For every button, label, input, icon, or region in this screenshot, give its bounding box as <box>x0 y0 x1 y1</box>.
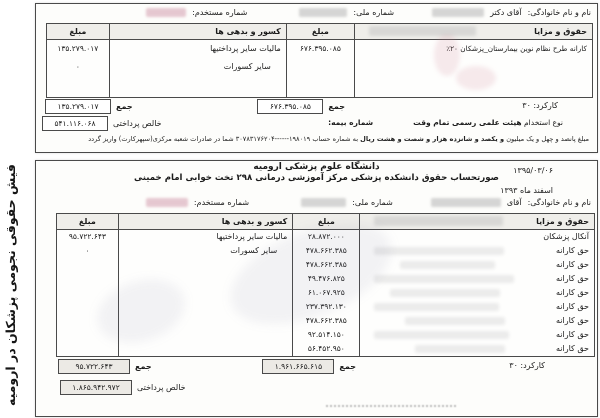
table-header-row: مبلغ کسور و بدهی ها مبلغ حقوق و مزایا <box>47 24 592 40</box>
earnings-label: حق کارانه <box>360 342 589 356</box>
redaction-smudge <box>374 247 504 255</box>
redaction-smudge <box>374 331 509 339</box>
earnings-amount: ۴۷۸.۶۶۲.۳۸۵ <box>293 314 359 328</box>
redacted-employee-no <box>146 198 188 207</box>
deduction-labels-col: مالیات سایر پرداختیها سایر کسورات <box>119 230 294 356</box>
name-value: آقای دکتر <box>490 8 522 17</box>
redacted-employee-no <box>146 8 186 17</box>
earnings-label: حق کارانه <box>360 314 589 328</box>
deposit-note-part4: شما در صادرات شعبه مرکزی(سپهرکارت) واریز… <box>88 135 233 143</box>
workdays: کارکرد: ۳۰ <box>522 101 558 110</box>
redaction-smudge <box>400 261 495 269</box>
redaction-smudge <box>390 289 500 297</box>
earnings-amount: ۴۷۸.۶۶۲.۳۸۵ <box>293 258 359 272</box>
account-number: ۳۰۷۸۳۱۷۶۲۰۴------۱۹۸۰۱۹ <box>236 135 310 143</box>
employee-no-label: شماره مستخدم: <box>194 198 249 207</box>
payslip-bottom: دانشگاه علوم پزشکی ارومیه صورتحساب حقوق … <box>35 160 598 417</box>
net-pay-group: خالص پرداختی ۵۴۱.۱۱۶.۰۶۸ <box>42 116 162 131</box>
header-earnings-amount: مبلغ <box>287 24 355 39</box>
earnings-label: حق کارانه <box>360 286 589 300</box>
insurance-label: شماره بیمه: <box>328 118 373 127</box>
deductions-total-box: ۱۳۵.۲۷۹.۰۱۷ <box>45 99 111 114</box>
earnings-amount: ۲۸.۸۷۲.۰۰۰ <box>293 230 359 244</box>
employment-row: نوع استخدام هیئت علمی رسمی تمام وقت شمار… <box>328 118 563 127</box>
name-value: آقای <box>507 198 522 207</box>
scan-artifact <box>326 401 456 407</box>
deduction-amount: ۰ <box>47 58 109 76</box>
redaction-smudge <box>369 26 476 36</box>
earnings-total-box: ۱.۹۶۱.۶۶۵.۶۱۵ <box>262 359 334 374</box>
table-body: ۱۳۵.۲۷۹.۰۱۷ ۰ مالیات سایر پرداختیها سایر… <box>47 40 592 97</box>
earnings-label-text: حق کارانه <box>556 246 589 255</box>
earnings-label-text: حق کارانه <box>556 330 589 339</box>
earnings-amount: ۲۳۷.۳۹۲.۱۳۰ <box>293 300 359 314</box>
header-earnings-amount: مبلغ <box>293 214 360 229</box>
earnings-label-text: حق کارانه <box>556 274 589 283</box>
total-label: جمع <box>116 102 133 111</box>
earnings-labels-col: آنکال پزشکان حق کارانه حق کارانه حق کارا… <box>360 230 594 356</box>
scanned-payslip-photo: { "photo": { "vertical_caption": "فیش حق… <box>0 0 600 418</box>
total-label: جمع <box>328 102 345 111</box>
redacted-name <box>432 8 484 17</box>
national-id-label: شماره ملی: <box>353 8 394 17</box>
deduction-label: مالیات سایر پرداختیها <box>110 40 281 58</box>
identity-row: نام و نام خانوادگی: آقای شماره ملی: شمار… <box>146 198 591 207</box>
identity-row: نام و نام خانوادگی: آقای دکتر شماره ملی:… <box>146 8 591 17</box>
earnings-label-text: حق کارانه <box>556 344 589 353</box>
payslip-top: نام و نام خانوادگی: آقای دکتر شماره ملی:… <box>35 3 598 153</box>
earnings-label: کارانه طرح نظام نوین بیمارستان_پزشکان ۲۰… <box>355 40 587 58</box>
deduction-amounts-col: ۹۵.۷۲۲.۶۴۳ ۰ <box>57 230 119 356</box>
header-earnings-text: حقوق و مزایا <box>536 217 589 226</box>
header-deductions-amount: مبلغ <box>57 214 119 229</box>
workdays: کارکرد: ۳۰ <box>509 361 545 370</box>
earnings-label: حق کارانه <box>360 272 589 286</box>
deductions-total-box: ۹۵.۷۲۲.۶۴۳ <box>58 359 130 374</box>
total-label: جمع <box>135 362 152 371</box>
earnings-label: آنکال پزشکان <box>360 230 589 244</box>
deduction-amount: ۱۳۵.۲۷۹.۰۱۷ <box>47 40 109 58</box>
total-label: جمع <box>339 362 356 371</box>
earnings-amounts-col: ۶۷۶.۳۹۵.۰۸۵ <box>287 40 355 97</box>
earnings-amount: ۵۶.۴۵۲.۹۵۰ <box>293 342 359 356</box>
deductions-total-group: جمع ۹۵.۷۲۲.۶۴۳ <box>58 359 152 374</box>
earnings-labels-col: کارانه طرح نظام نوین بیمارستان_پزشکان ۲۰… <box>355 40 592 97</box>
name-label: نام و نام خانوادگی: <box>528 198 591 207</box>
earnings-total-group: جمع ۶۷۶.۳۹۵.۰۸۵ <box>257 99 345 114</box>
table-header-row: مبلغ کسور و بدهی ها مبلغ حقوق و مزایا <box>57 214 594 230</box>
header-earnings-text: حقوق و مزایا <box>534 27 587 36</box>
print-date: ۱۳۹۵/۰۳/۰۶ <box>513 166 553 175</box>
header-deductions-amount: مبلغ <box>47 24 110 39</box>
earnings-amount: ۹۲.۵۱۴.۱۵۰ <box>293 328 359 342</box>
earnings-amount: ۴۹.۴۷۶.۸۲۵ <box>293 272 359 286</box>
earnings-amounts-col: ۲۸.۸۷۲.۰۰۰ ۴۷۸.۶۶۲.۳۸۵ ۴۷۸.۶۶۲.۳۸۵ ۴۹.۴۷… <box>293 230 360 356</box>
header-deductions: کسور و بدهی ها <box>110 24 287 39</box>
net-pay-box: ۱.۸۶۵.۹۴۲.۹۷۲ <box>60 380 132 395</box>
earnings-label-text: حق کارانه <box>556 316 589 325</box>
net-pay-label: خالص پرداختی <box>137 383 186 392</box>
earnings-label-text: حق کارانه <box>556 288 589 297</box>
earnings-amount: ۶۷۶.۳۹۵.۰۸۵ <box>287 40 354 58</box>
redaction-smudge <box>374 216 502 226</box>
header-earnings: حقوق و مزایا <box>360 214 594 229</box>
earnings-total-box: ۶۷۶.۳۹۵.۰۸۵ <box>257 99 323 114</box>
deduction-amounts-col: ۱۳۵.۲۷۹.۰۱۷ ۰ <box>47 40 110 97</box>
redaction-smudge <box>374 303 499 311</box>
redaction-smudge <box>374 275 514 283</box>
header-earnings: حقوق و مزایا <box>355 24 592 39</box>
deposit-note: مبلغ پانصد و چهل و یک میلیون و یکصد و شا… <box>44 135 589 143</box>
name-label: نام و نام خانوادگی: <box>528 8 591 17</box>
earnings-label: حق کارانه <box>360 300 589 314</box>
photo-caption-vertical: فیش حقوقی نجومی پزشکان در ارومیه <box>3 152 21 418</box>
redacted-national-id <box>301 198 346 207</box>
earnings-amount: ۴۷۸.۶۶۲.۳۸۵ <box>293 244 359 258</box>
employment-value: هیئت علمی رسمی تمام وقت <box>413 118 522 127</box>
net-pay-group: خالص پرداختی ۱.۸۶۵.۹۴۲.۹۷۲ <box>60 380 186 395</box>
deduction-amount: ۰ <box>57 244 118 258</box>
deposit-note-part1: مبلغ پانصد و چهل و یک میلیون <box>506 135 589 143</box>
deduction-label: سایر کسورات <box>119 244 288 258</box>
deposit-note-part2: و یکصد و شانزده هزار و شصت و هشت ریال <box>360 135 504 143</box>
earnings-total-group: جمع ۱.۹۶۱.۶۶۵.۶۱۵ <box>262 359 356 374</box>
pay-period: اسفند ماه ۱۳۹۳ <box>500 186 553 195</box>
national-id-label: شماره ملی: <box>352 198 393 207</box>
deduction-labels-col: مالیات سایر پرداختیها سایر کسورات <box>110 40 287 97</box>
pay-table: مبلغ کسور و بدهی ها مبلغ حقوق و مزایا ۱۳… <box>46 23 593 98</box>
redacted-national-id <box>299 8 347 17</box>
earnings-label: حق کارانه <box>360 244 589 258</box>
deduction-label: مالیات سایر پرداختیها <box>119 230 288 244</box>
redaction-smudge <box>405 317 505 325</box>
deductions-total-group: جمع ۱۳۵.۲۷۹.۰۱۷ <box>45 99 133 114</box>
table-body: ۹۵.۷۲۲.۶۴۳ ۰ مالیات سایر پرداختیها سایر … <box>57 230 594 356</box>
earnings-label: حق کارانه <box>360 328 589 342</box>
earnings-label-text: حق کارانه <box>556 302 589 311</box>
employment-label: نوع استخدام <box>524 118 563 127</box>
net-pay-box: ۵۴۱.۱۱۶.۰۶۸ <box>42 116 108 131</box>
net-pay-label: خالص پرداختی <box>113 119 162 128</box>
redacted-name <box>431 198 501 207</box>
employment-text: نوع استخدام هیئت علمی رسمی تمام وقت <box>413 118 563 127</box>
earnings-label-text: حق کارانه <box>556 260 589 269</box>
earnings-label-text: آنکال پزشکان <box>543 232 589 241</box>
deduction-amount: ۹۵.۷۲۲.۶۴۳ <box>57 230 118 244</box>
pay-table: مبلغ کسور و بدهی ها مبلغ حقوق و مزایا ۹۵… <box>56 213 595 357</box>
employee-no-label: شماره مستخدم: <box>192 8 247 17</box>
earnings-label: حق کارانه <box>360 258 589 272</box>
deduction-label: سایر کسورات <box>110 58 281 76</box>
deposit-note-part3: به شماره حساب <box>312 135 358 143</box>
redaction-smudge <box>415 345 505 353</box>
header-deductions: کسور و بدهی ها <box>119 214 294 229</box>
earnings-amount: ۶۱.۰۶۷.۹۲۵ <box>293 286 359 300</box>
